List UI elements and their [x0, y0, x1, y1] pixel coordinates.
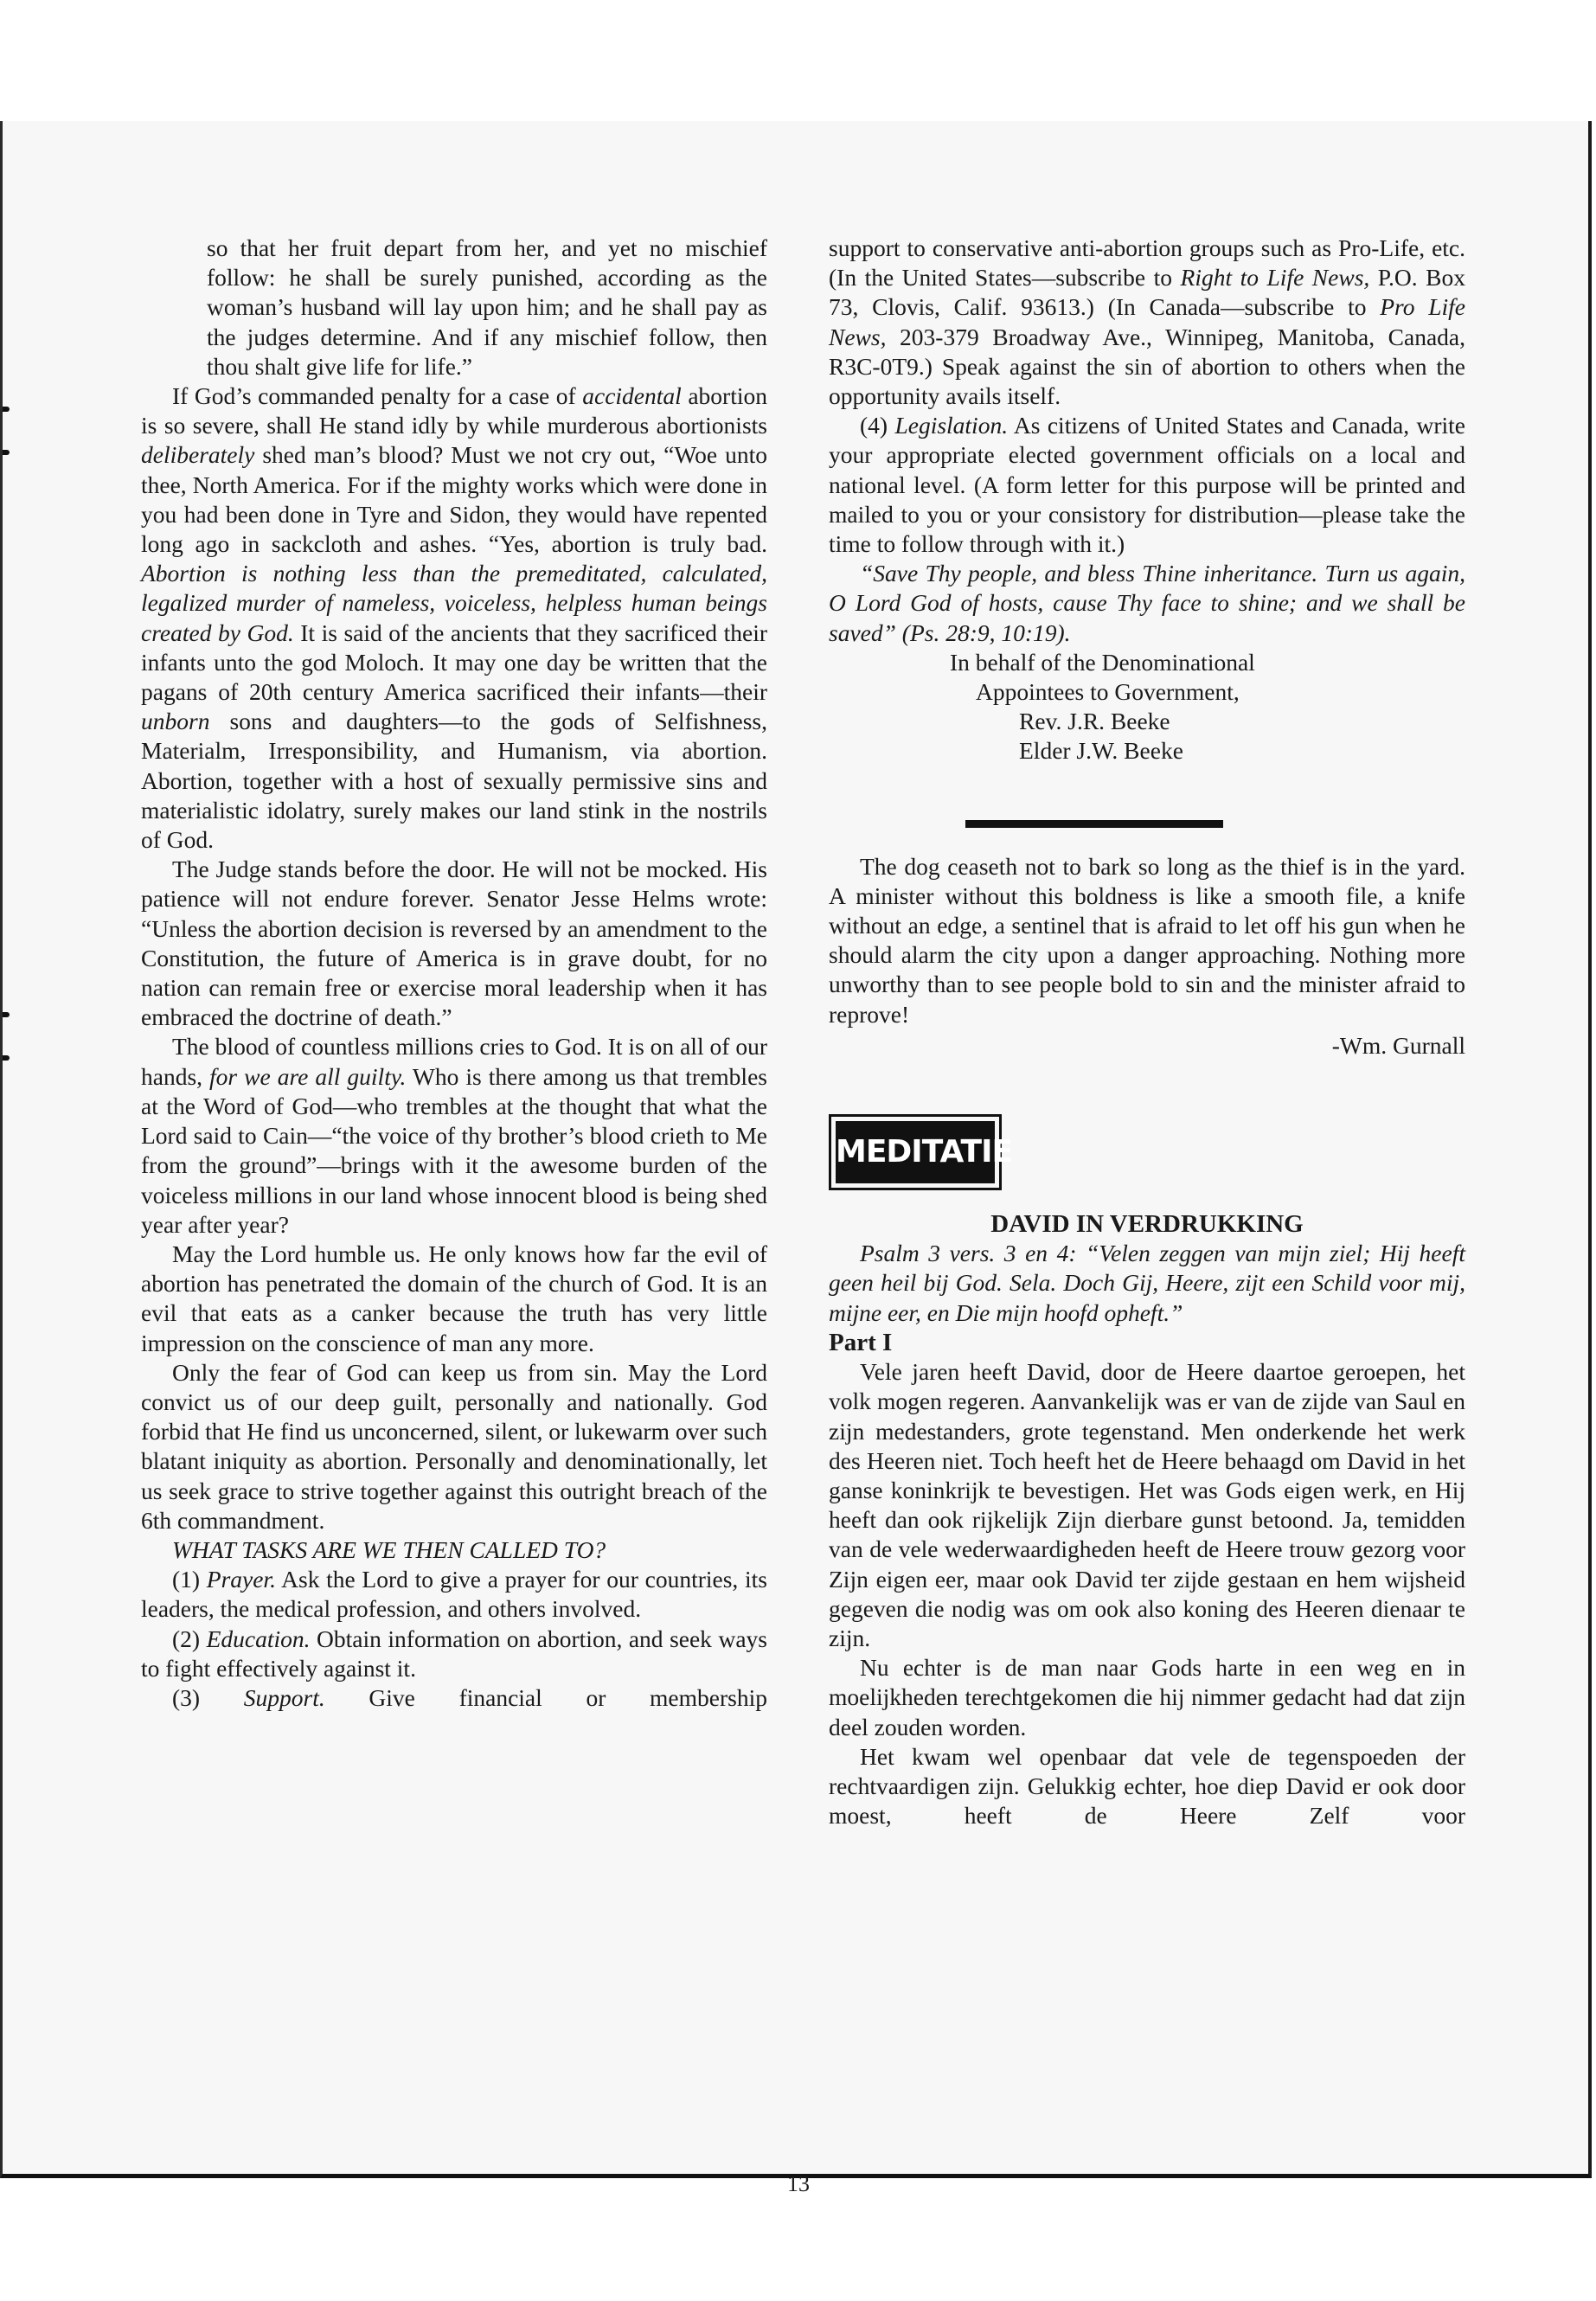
emphasis: Psalm 3 vers. 3 en 4: “Velen zeggen van …	[829, 1240, 1465, 1325]
task-label: Support.	[244, 1684, 325, 1711]
task-number: (1)	[172, 1566, 207, 1593]
task-item-prayer: (1) Prayer. Ask the Lord to give a praye…	[141, 1565, 767, 1624]
section-divider	[965, 820, 1223, 828]
signature-line: Appointees to Government,	[829, 677, 1465, 707]
task-label: Prayer.	[207, 1566, 276, 1593]
paragraph-penalty: If God’s commanded penalty for a case of…	[141, 381, 767, 855]
task-label: Education.	[207, 1625, 311, 1652]
task-label: Legislation.	[894, 412, 1008, 439]
binding-mark	[3, 450, 10, 455]
dutch-paragraph: Nu echter is de man naar Gods harte in e…	[829, 1653, 1465, 1742]
quote-attribution: -Wm. Gurnall	[829, 1031, 1465, 1061]
publication-title: Right to Life News,	[1181, 264, 1370, 291]
meditation-title: DAVID IN VERDRUKKING	[829, 1209, 1465, 1239]
scripture-quote-continuation: so that her fruit depart from her, and y…	[141, 234, 767, 381]
page-number: 13	[3, 2171, 1594, 2197]
task-number: (3)	[172, 1684, 244, 1711]
paragraph-judge: The Judge stands before the door. He wil…	[141, 855, 767, 1032]
closing-prayer-quote: “Save Thy people, and bless Thine inheri…	[829, 559, 1465, 648]
support-continuation: support to conservative anti-abortion gr…	[829, 234, 1465, 411]
right-column: support to conservative anti-abortion gr…	[829, 234, 1465, 1830]
emphasis: for we are all guilty.	[209, 1063, 406, 1090]
task-text: Give financial or membership	[325, 1684, 767, 1711]
task-number: (2)	[172, 1625, 207, 1652]
binding-mark	[3, 1012, 10, 1017]
text-run: 203-379 Broadway Ave., Winnipeg, Manitob…	[829, 324, 1465, 409]
task-number: (4)	[860, 412, 894, 439]
signature-name: Rev. J.R. Beeke	[829, 707, 1465, 736]
psalm-text: Psalm 3 vers. 3 en 4: “Velen zeggen van …	[829, 1239, 1465, 1328]
dutch-paragraph: Het kwam wel openbaar dat vele de tegens…	[829, 1742, 1465, 1831]
left-column: so that her fruit depart from her, and y…	[141, 234, 767, 1713]
section-badge-label: MEDITATIE	[836, 1121, 995, 1183]
emphasis: “Save Thy people, and bless Thine inheri…	[829, 560, 1465, 645]
magazine-page: so that her fruit depart from her, and y…	[0, 121, 1592, 2178]
signature-line: In behalf of the Denominational	[829, 648, 1465, 677]
task-item-education: (2) Education. Obtain information on abo…	[141, 1625, 767, 1683]
text-run: sons and daughters—to the gods of Selfis…	[141, 708, 767, 853]
part-label: Part I	[829, 1328, 1465, 1357]
paragraph-blood: The blood of countless millions cries to…	[141, 1032, 767, 1239]
task-item-support: (3) Support. Give financial or membershi…	[141, 1683, 767, 1713]
tasks-heading: WHAT TASKS ARE WE THEN CALLED TO?	[141, 1535, 767, 1565]
text-run: If God’s commanded penalty for a case of	[172, 382, 582, 409]
gurnall-quote: The dog ceaseth not to bark so long as t…	[829, 852, 1465, 1029]
task-item-legislation: (4) Legislation. As citizens of United S…	[829, 411, 1465, 559]
signature-block: In behalf of the Denominational Appointe…	[829, 648, 1465, 766]
signature-name: Elder J.W. Beeke	[829, 736, 1465, 766]
emphasis: deliberately	[141, 441, 254, 468]
paragraph-humble: May the Lord humble us. He only knows ho…	[141, 1240, 767, 1358]
emphasis: unborn	[141, 708, 209, 734]
section-badge: MEDITATIE	[829, 1114, 1002, 1190]
emphasis: acci­dental	[582, 382, 682, 409]
binding-mark	[3, 407, 10, 412]
paragraph-fear-of-god: Only the fear of God can keep us from si…	[141, 1358, 767, 1535]
binding-mark	[3, 1055, 10, 1061]
dutch-paragraph: Vele jaren heeft David, door de Heere da…	[829, 1357, 1465, 1653]
